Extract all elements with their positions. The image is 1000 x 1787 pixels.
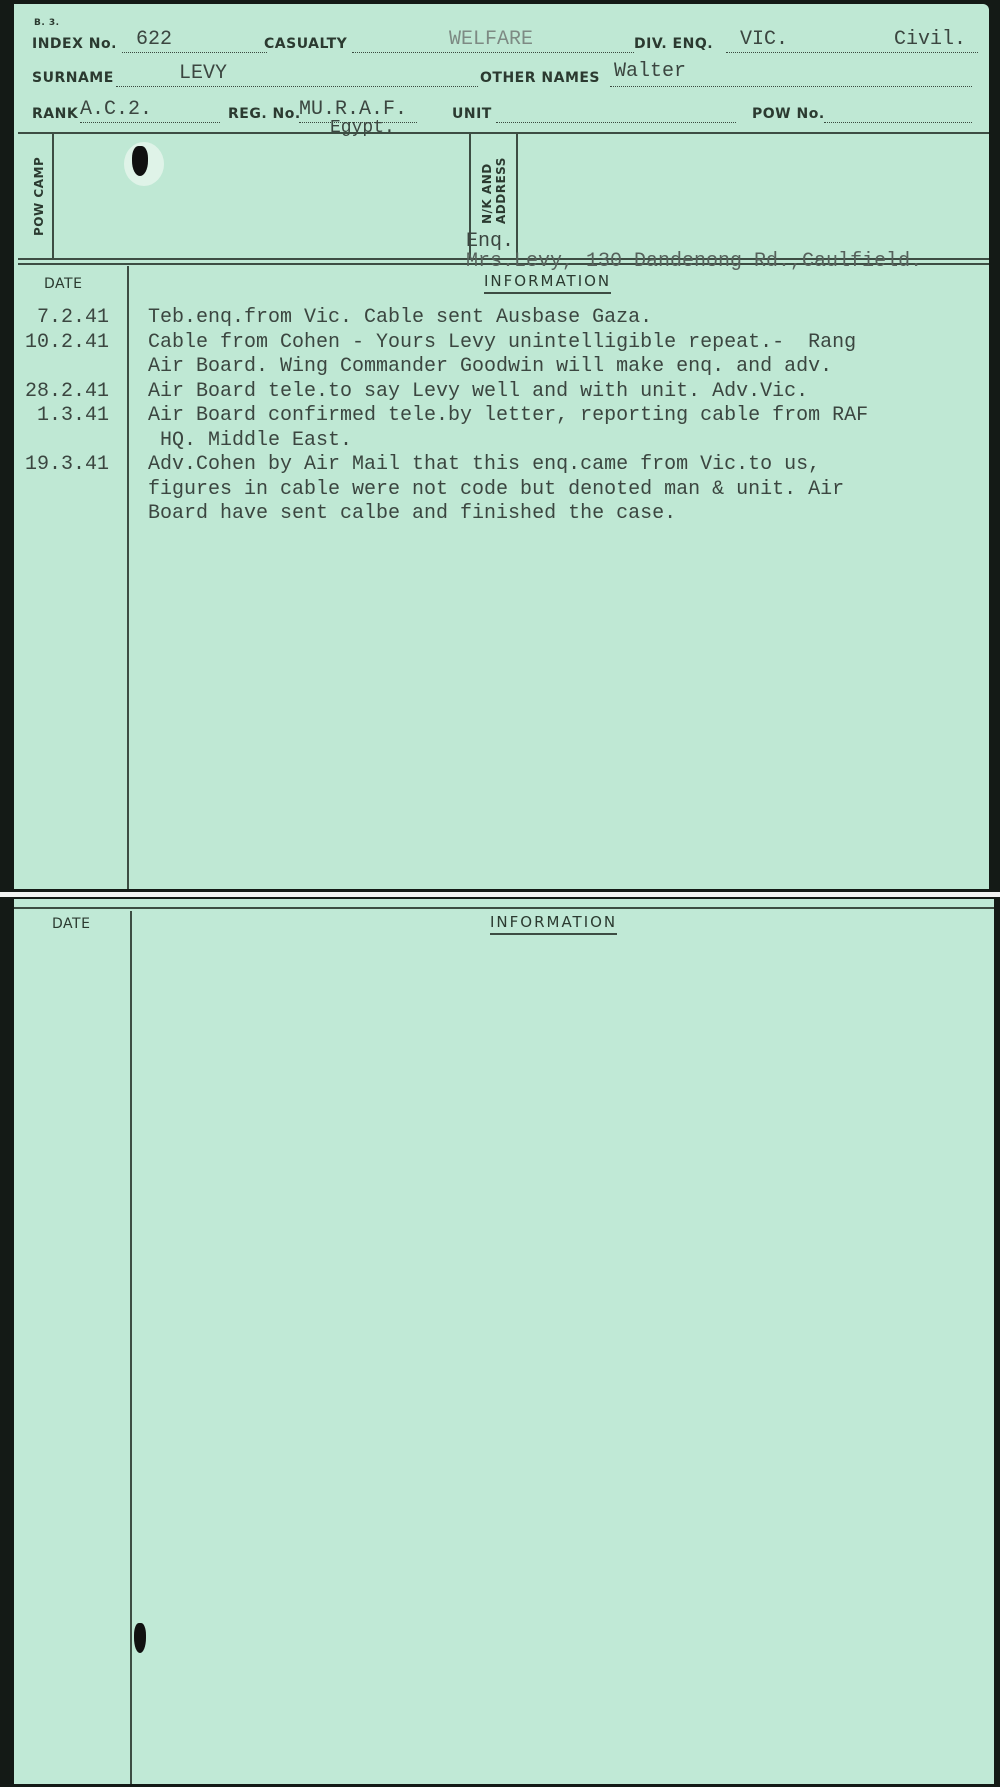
form-code: B. 3.: [34, 18, 60, 28]
casualty-value: WELFARE: [449, 28, 533, 51]
pow-no-label: POW No.: [752, 106, 825, 122]
card-separator: [0, 892, 1000, 897]
reg-no-label: REG. No.: [228, 106, 301, 122]
other-names-value: Walter: [614, 60, 686, 83]
entry-date: 1.3.41: [14, 404, 109, 427]
back-punch-hole: [134, 1623, 146, 1653]
rank-value: A.C.2.: [80, 98, 152, 121]
entry-text: Cable from Cohen - Yours Levy unintellig…: [148, 331, 856, 380]
card-back: DATE INFORMATION: [14, 899, 994, 1784]
entry-text: Adv.Cohen by Air Mail that this enq.came…: [148, 453, 844, 527]
index-no-dots: [122, 52, 267, 53]
pow-camp-divider: [52, 132, 54, 258]
back-date-column-divider: [130, 911, 132, 1784]
entry-text: Teb.enq.from Vic. Cable sent Ausbase Gaz…: [148, 306, 652, 331]
surname-dots: [116, 86, 478, 87]
surname-label: SURNAME: [32, 70, 114, 86]
entry-text: Air Board confirmed tele.by letter, repo…: [148, 404, 868, 453]
rank-dots: [80, 122, 220, 123]
back-date-header: DATE: [52, 916, 90, 932]
punch-hole: [132, 146, 148, 176]
reg-no-extra: Egypt.: [330, 118, 395, 138]
card-front: B. 3. INDEX No. 622 CASUALTY WELFARE DIV…: [14, 4, 989, 889]
index-no-value: 622: [136, 28, 172, 51]
pow-camp-label: POW CAMP: [32, 157, 46, 236]
nk-label-line2: ADDRESS: [494, 157, 508, 224]
unit-label: UNIT: [452, 106, 492, 122]
nk-address: Mrs.Levy, 130 Dandenong Rd.,Caulfield.: [466, 250, 922, 273]
surname-value: LEVY: [179, 62, 227, 85]
information-header: INFORMATION: [484, 272, 611, 294]
entry-text: Air Board tele.to say Levy well and with…: [148, 380, 808, 405]
nk-label-line1: N/K AND: [480, 163, 494, 224]
entry-date: 7.2.41: [14, 306, 109, 329]
back-top-rule: [14, 907, 994, 909]
div-enq-value: VIC.: [740, 28, 788, 51]
pow-no-dots: [824, 122, 972, 123]
other-names-label: OTHER NAMES: [480, 70, 600, 86]
entry-date: 10.2.41: [14, 331, 109, 354]
entry-date: 19.3.41: [14, 453, 109, 476]
rank-label: RANK: [32, 106, 78, 122]
casualty-dots: [352, 52, 634, 53]
div-enq-label: DIV. ENQ.: [634, 36, 713, 52]
section-top-rule: [18, 132, 989, 134]
date-column-divider: [127, 266, 129, 889]
unit-dots: [496, 122, 736, 123]
div-enq-extra: Civil.: [894, 28, 966, 51]
back-information-header: INFORMATION: [490, 913, 617, 935]
other-names-dots: [610, 86, 972, 87]
entry-date: 28.2.41: [14, 380, 109, 403]
nk-right-divider: [516, 132, 518, 258]
index-no-label: INDEX No.: [32, 36, 117, 52]
date-header: DATE: [44, 276, 82, 292]
div-enq-dots: [726, 52, 978, 53]
casualty-label: CASUALTY: [264, 36, 347, 52]
